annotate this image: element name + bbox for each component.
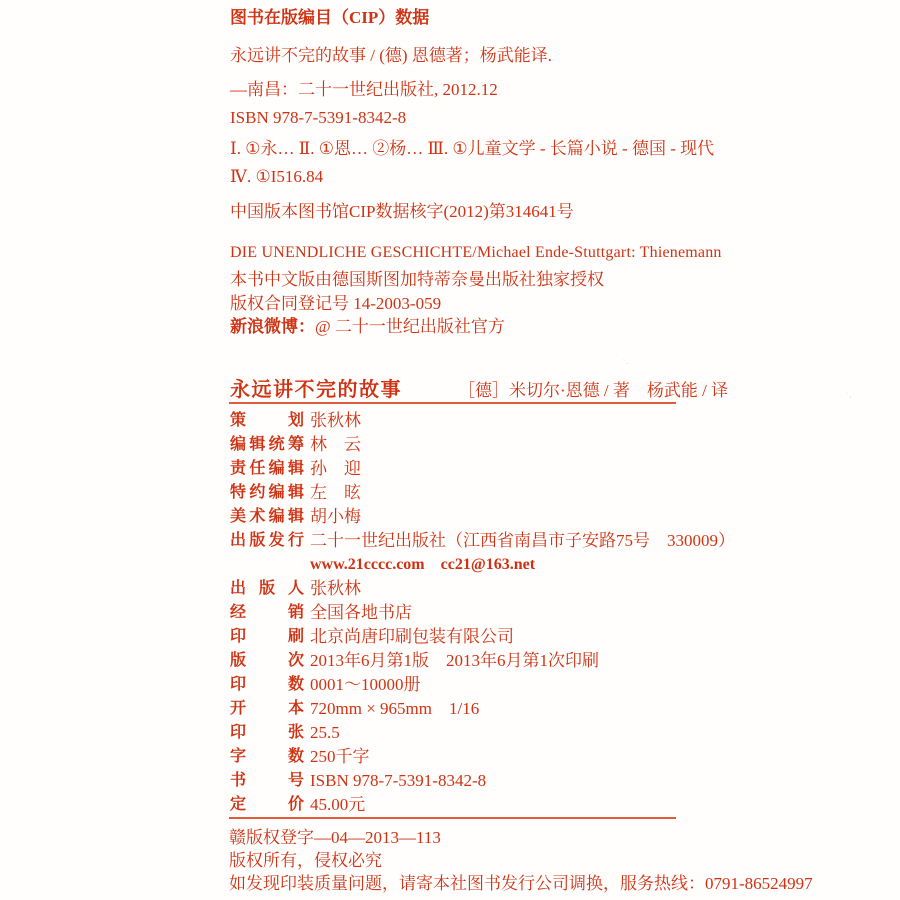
- colophon-row-label: 经销: [230, 601, 304, 625]
- cip-record-line-3: ISBN 978-7-5391-8342-8: [230, 108, 406, 128]
- colophon-row-value: 二十一世纪出版社（江西省南昌市子安路75号 330009）: [310, 531, 735, 550]
- cip-record-line-1: 永远讲不完的故事 / (德) 恩德著；杨武能译.: [230, 46, 552, 66]
- colophon-row-label: 责任编辑: [230, 457, 304, 481]
- colophon-row: 书号ISBN 978-7-5391-8342-8: [230, 769, 735, 793]
- book-credits: ［德］米切尔·恩德 / 著 杨武能 / 译: [458, 381, 728, 400]
- colophon-row: 责任编辑孙 迎: [230, 457, 735, 481]
- colophon-table: 策划张秋林 编辑统筹林 云 责任编辑孙 迎 特约编辑左 昡 美术编辑胡小梅 出版…: [230, 409, 735, 817]
- cip-verification: 中国版本图书馆CIP数据核字(2012)第314641号: [230, 202, 574, 222]
- colophon-row: 印张25.5: [230, 721, 735, 745]
- colophon-row: 开本720mm × 965mm 1/16: [230, 697, 735, 721]
- divider-rule-bottom: [229, 817, 676, 819]
- colophon-row-value: ISBN 978-7-5391-8342-8: [310, 771, 486, 790]
- weibo-label: 新浪微博：: [230, 317, 315, 336]
- colophon-row: 策划张秋林: [230, 409, 735, 433]
- colophon-row-label: 特约编辑: [230, 481, 304, 505]
- original-title: DIE UNENDLICHE GESCHICHTE/Michael Ende-S…: [230, 243, 722, 263]
- weibo-line: 新浪微博：@ 二十一世纪出版社官方: [230, 317, 505, 337]
- cip-record-line-2: —南昌：二十一世纪出版社, 2012.12: [230, 80, 498, 100]
- colophon-row: 印刷北京尚唐印刷包装有限公司: [230, 625, 735, 649]
- colophon-row-value: 胡小梅: [310, 507, 361, 526]
- colophon-row: 版次2013年6月第1版 2013年6月第1次印刷: [230, 649, 735, 673]
- colophon-row: 字数250千字: [230, 745, 735, 769]
- colophon-row-value: 25.5: [310, 723, 340, 742]
- contract-number: 版权合同登记号 14-2003-059: [230, 294, 441, 314]
- scan-smudge: `·: [622, 358, 629, 370]
- colophon-row-label: 策划: [230, 409, 304, 433]
- colophon-row: 出版人张秋林: [230, 577, 735, 601]
- colophon-row-value: 左 昡: [310, 483, 361, 502]
- copyright-page: 图书在版编目（CIP）数据 永远讲不完的故事 / (德) 恩德著；杨武能译. —…: [0, 0, 900, 900]
- colophon-row-value: 张秋林: [310, 579, 361, 598]
- colophon-row-value: 2013年6月第1版 2013年6月第1次印刷: [310, 651, 599, 670]
- divider-rule-top: [229, 402, 676, 404]
- cip-class-line-1: Ⅰ. ①永… Ⅱ. ①恩… ②杨… Ⅲ. ①儿童文学 - 长篇小说 - 德国 -…: [230, 139, 714, 159]
- title-row: 永远讲不完的故事［德］米切尔·恩德 / 著 杨武能 / 译: [230, 373, 728, 402]
- colophon-row-label: 字数: [230, 745, 304, 769]
- copyright-notice: 版权所有，侵权必究: [229, 846, 382, 871]
- colophon-row-label: 编辑统筹: [230, 433, 304, 457]
- colophon-row: 出版发行二十一世纪出版社（江西省南昌市子安路75号 330009）: [230, 529, 735, 553]
- colophon-row-value: 250千字: [310, 747, 370, 766]
- colophon-row-label: 定价: [230, 793, 304, 817]
- colophon-row-label: 出版人: [230, 577, 304, 601]
- colophon-row-value: 0001～10000册: [310, 675, 421, 694]
- scan-smudge: ·‚: [845, 388, 852, 400]
- colophon-row: 定价45.00元: [230, 793, 735, 817]
- colophon-row: www.21cccc.com cc21@163.net: [230, 553, 735, 577]
- colophon-row-label: 印刷: [230, 625, 304, 649]
- colophon-row: 美术编辑胡小梅: [230, 505, 735, 529]
- book-title: 永远讲不完的故事: [230, 379, 402, 401]
- colophon-row-value: www.21cccc.com cc21@163.net: [310, 556, 535, 573]
- colophon-row-value: 720mm × 965mm 1/16: [310, 699, 479, 718]
- authorization-note: 本书中文版由德国斯图加特蒂奈曼出版社独家授权: [230, 270, 604, 290]
- colophon-row: 编辑统筹林 云: [230, 433, 735, 457]
- weibo-account: @ 二十一世纪出版社官方: [315, 317, 505, 336]
- colophon-row-label: 开本: [230, 697, 304, 721]
- colophon-row-value: 林 云: [310, 435, 361, 454]
- colophon-row-label: 版次: [230, 649, 304, 673]
- colophon-row-value: 北京尚唐印刷包装有限公司: [310, 627, 514, 646]
- cip-header: 图书在版编目（CIP）数据: [230, 8, 429, 28]
- colophon-row: 特约编辑左 昡: [230, 481, 735, 505]
- colophon-row: 印数0001～10000册: [230, 673, 735, 697]
- colophon-row: 经销全国各地书店: [230, 601, 735, 625]
- cip-class-line-2: Ⅳ. ①I516.84: [230, 167, 323, 187]
- service-hotline-note: 如发现印装质量问题，请寄本社图书发行公司调换，服务热线：0791-8652499…: [229, 869, 813, 894]
- colophon-row-label: 印张: [230, 721, 304, 745]
- colophon-row-value: 孙 迎: [310, 459, 361, 478]
- colophon-row-value: 张秋林: [310, 411, 361, 430]
- colophon-row-label: 出版发行: [230, 529, 304, 553]
- provincial-registration: 赣版权登字—04—2013—113: [229, 823, 441, 848]
- colophon-row-label: 印数: [230, 673, 304, 697]
- colophon-row-label: 美术编辑: [230, 505, 304, 529]
- colophon-row-value: 45.00元: [310, 795, 365, 814]
- colophon-row-label: 书号: [230, 769, 304, 793]
- colophon-row-value: 全国各地书店: [310, 603, 412, 622]
